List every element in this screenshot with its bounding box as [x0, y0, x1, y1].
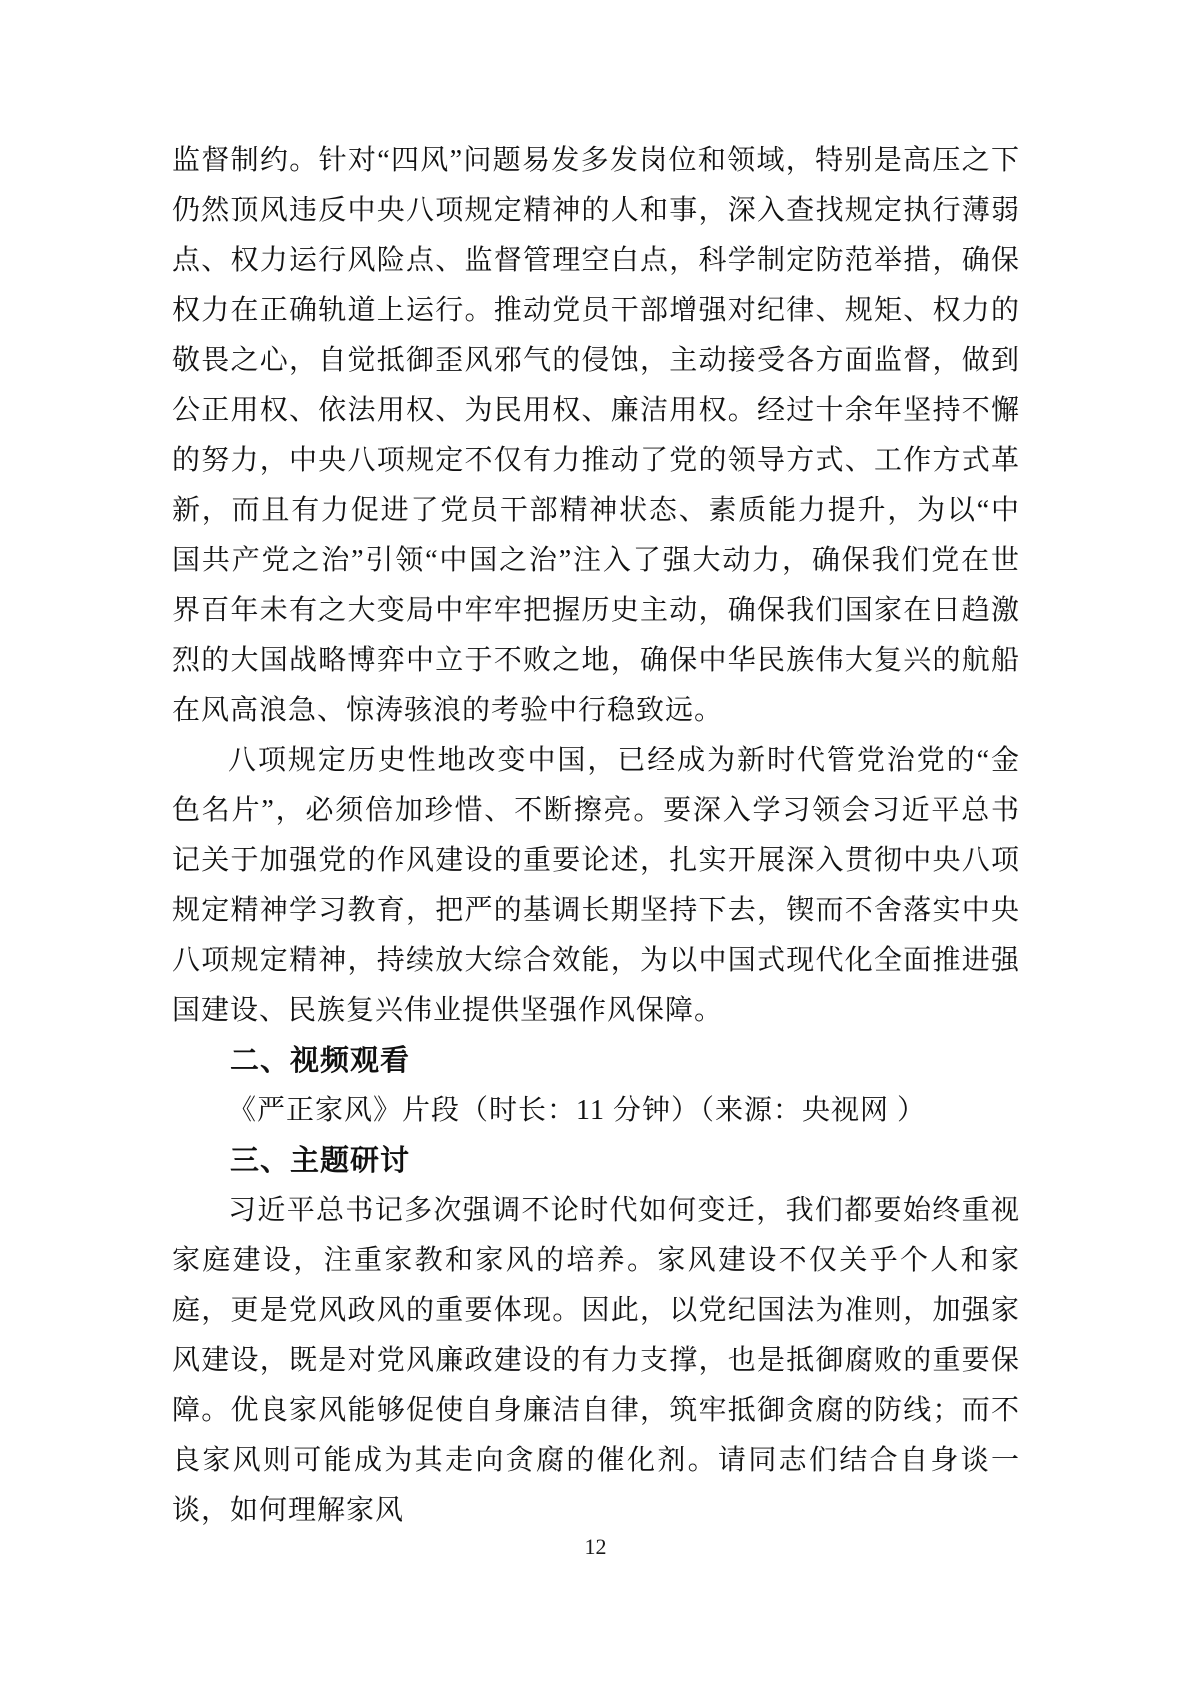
document-page: 监督制约。针对“四风”问题易发多发岗位和领域，特别是高压之下仍然顶风违反中央八项… — [0, 0, 1191, 1684]
page-number: 12 — [0, 1532, 1191, 1562]
body-paragraph-eight-regulations: 八项规定历史性地改变中国，已经成为新时代管党治党的“金色名片”，必须倍加珍惜、不… — [172, 736, 1020, 1036]
body-paragraph-family-style: 习近平总书记多次强调不论时代如何变迁，我们都要始终重视家庭建设，注重家教和家风的… — [172, 1186, 1020, 1536]
section-heading-video-watching: 二、视频观看 — [172, 1036, 1020, 1086]
document-body: 监督制约。针对“四风”问题易发多发岗位和领域，特别是高压之下仍然顶风违反中央八项… — [172, 136, 1020, 1536]
video-clip-info-line: 《严正家风》片段（时长：11 分钟）（来源：央视网 ） — [172, 1086, 1020, 1136]
section-heading-topic-discussion: 三、主题研讨 — [172, 1136, 1020, 1186]
body-paragraph-continuation: 监督制约。针对“四风”问题易发多发岗位和领域，特别是高压之下仍然顶风违反中央八项… — [172, 136, 1020, 736]
